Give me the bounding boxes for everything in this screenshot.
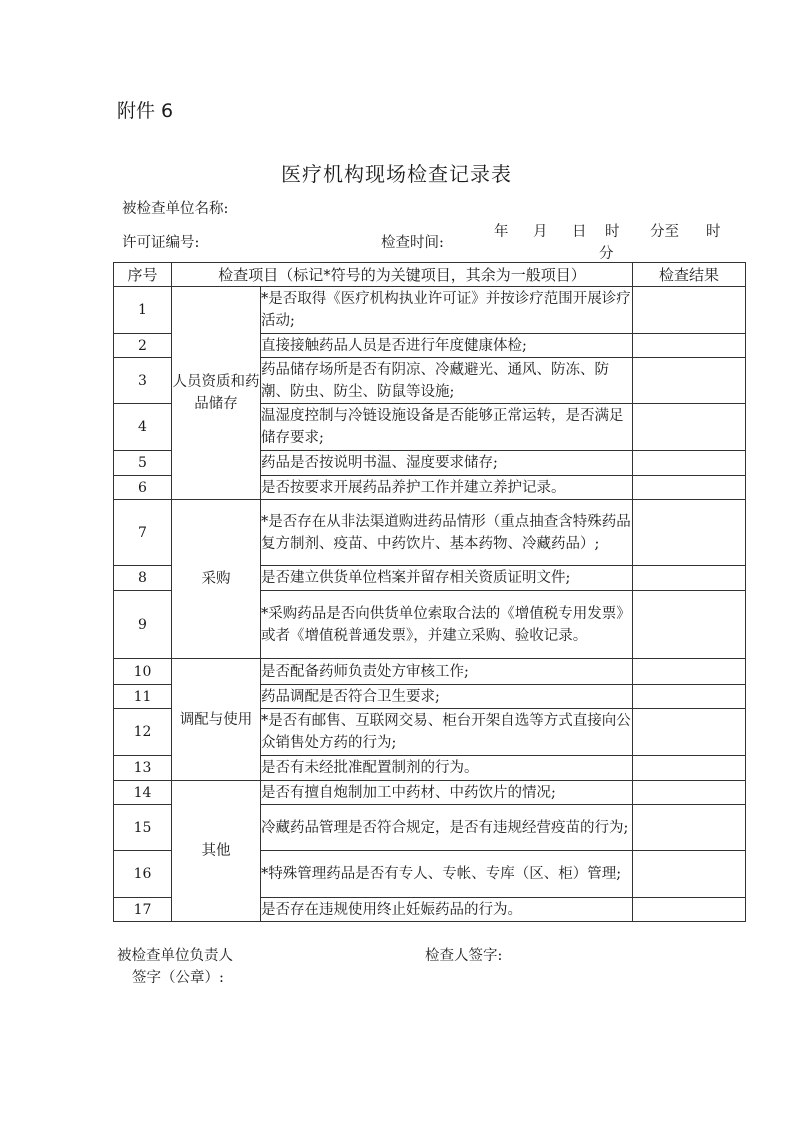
row-result-cell[interactable]	[633, 287, 746, 334]
row-item: 药品储存场所是否有阴凉、冷藏避光、通风、防冻、防潮、防虫、防尘、防鼠等设施;	[261, 358, 633, 404]
row-item: *特殊管理药品是否有专人、专帐、专库（区、柜）管理;	[261, 851, 633, 898]
table-row: 1 人员资质和药品储存 *是否取得《医疗机构执业许可证》并按诊疗范围开展诊疗活动…	[114, 287, 746, 334]
row-item: 药品是否按说明书温、湿度要求储存;	[261, 451, 633, 476]
row-item: 是否配备药师负责处方审核工作;	[261, 659, 633, 685]
row-result-cell[interactable]	[633, 358, 746, 404]
time-day: 日	[572, 220, 587, 241]
row-no: 10	[114, 659, 172, 685]
unit-head-signature-label-line1: 被检查单位负责人	[117, 944, 233, 965]
row-no: 3	[114, 358, 172, 404]
inspected-unit-label: 被检查单位名称:	[122, 197, 228, 218]
row-item: 直接接触药品人员是否进行年度健康体检;	[261, 334, 633, 358]
category-personnel-storage: 人员资质和药品储存	[172, 287, 261, 500]
header-result: 检查结果	[633, 263, 746, 287]
row-item: 温湿度控制与冷链设施设备是否能够正常运转，是否满足储存要求;	[261, 404, 633, 451]
row-result-cell[interactable]	[633, 451, 746, 476]
row-result-cell[interactable]	[633, 851, 746, 898]
row-no: 15	[114, 805, 172, 851]
row-result-cell[interactable]	[633, 709, 746, 756]
row-item: 药品调配是否符合卫生要求;	[261, 685, 633, 709]
row-no: 7	[114, 500, 172, 566]
row-no: 14	[114, 781, 172, 805]
time-year: 年	[494, 220, 509, 241]
table-header-row: 序号 检查项目（标记*符号的为关键项目，其余为一般项目） 检查结果	[114, 263, 746, 287]
row-result-cell[interactable]	[633, 334, 746, 358]
row-item: 冷藏药品管理是否符合规定，是否有违规经营疫苗的行为;	[261, 805, 633, 851]
license-no-label: 许可证编号:	[122, 231, 199, 252]
category-other: 其他	[172, 781, 261, 922]
header-item: 检查项目（标记*符号的为关键项目，其余为一般项目）	[172, 263, 633, 287]
row-item: 是否有擅自炮制加工中药材、中药饮片的情况;	[261, 781, 633, 805]
table-row: 10 调配与使用 是否配备药师负责处方审核工作;	[114, 659, 746, 685]
header-no: 序号	[114, 263, 172, 287]
row-result-cell[interactable]	[633, 685, 746, 709]
row-result-cell[interactable]	[633, 476, 746, 500]
row-result-cell[interactable]	[633, 659, 746, 685]
time-minute-to: 分至	[650, 220, 679, 241]
attachment-label: 附件 6	[117, 96, 173, 123]
row-item: 是否按要求开展药品养护工作并建立养护记录。	[261, 476, 633, 500]
inspection-table: 序号 检查项目（标记*符号的为关键项目，其余为一般项目） 检查结果 1 人员资质…	[113, 262, 746, 922]
table-row: 7 采购 *是否存在从非法渠道购进药品情形（重点抽查含特殊药品复方制剂、疫苗、中…	[114, 500, 746, 566]
row-no: 2	[114, 334, 172, 358]
row-result-cell[interactable]	[633, 500, 746, 566]
row-no: 4	[114, 404, 172, 451]
row-no: 9	[114, 591, 172, 659]
row-no: 6	[114, 476, 172, 500]
time-hour: 时	[605, 220, 620, 241]
row-item: *是否存在从非法渠道购进药品情形（重点抽查含特殊药品复方制剂、疫苗、中药饮片、基…	[261, 500, 633, 566]
row-no: 17	[114, 898, 172, 922]
row-no: 11	[114, 685, 172, 709]
time-minute-end: 分	[599, 242, 614, 263]
row-result-cell[interactable]	[633, 404, 746, 451]
inspection-time-label: 检查时间:	[381, 231, 444, 252]
row-item: *是否取得《医疗机构执业许可证》并按诊疗范围开展诊疗活动;	[261, 287, 633, 334]
row-no: 12	[114, 709, 172, 756]
time-month: 月	[533, 220, 548, 241]
unit-head-signature-label-line2: 签字（公章）:	[132, 966, 224, 987]
row-no: 13	[114, 756, 172, 781]
category-dispensing-use: 调配与使用	[172, 659, 261, 781]
row-no: 8	[114, 566, 172, 591]
row-result-cell[interactable]	[633, 805, 746, 851]
row-result-cell[interactable]	[633, 566, 746, 591]
row-no: 16	[114, 851, 172, 898]
row-item: *采购药品是否向供货单位索取合法的《增值税专用发票》或者《增值税普通发票》，并建…	[261, 591, 633, 659]
category-procurement: 采购	[172, 500, 261, 659]
row-item: 是否有未经批准配置制剂的行为。	[261, 756, 633, 781]
row-item: *是否有邮售、互联网交易、柜台开架自选等方式直接向公众销售处方药的行为;	[261, 709, 633, 756]
inspector-signature-label: 检查人签字:	[425, 944, 502, 965]
table-row: 14 其他 是否有擅自炮制加工中药材、中药饮片的情况;	[114, 781, 746, 805]
row-result-cell[interactable]	[633, 756, 746, 781]
row-no: 1	[114, 287, 172, 334]
row-result-cell[interactable]	[633, 781, 746, 805]
time-hour-end: 时	[706, 220, 721, 241]
row-result-cell[interactable]	[633, 591, 746, 659]
row-no: 5	[114, 451, 172, 476]
row-item: 是否建立供货单位档案并留存相关资质证明文件;	[261, 566, 633, 591]
document-title: 医疗机构现场检查记录表	[0, 158, 793, 187]
row-item: 是否存在违规使用终止妊娠药品的行为。	[261, 898, 633, 922]
row-result-cell[interactable]	[633, 898, 746, 922]
